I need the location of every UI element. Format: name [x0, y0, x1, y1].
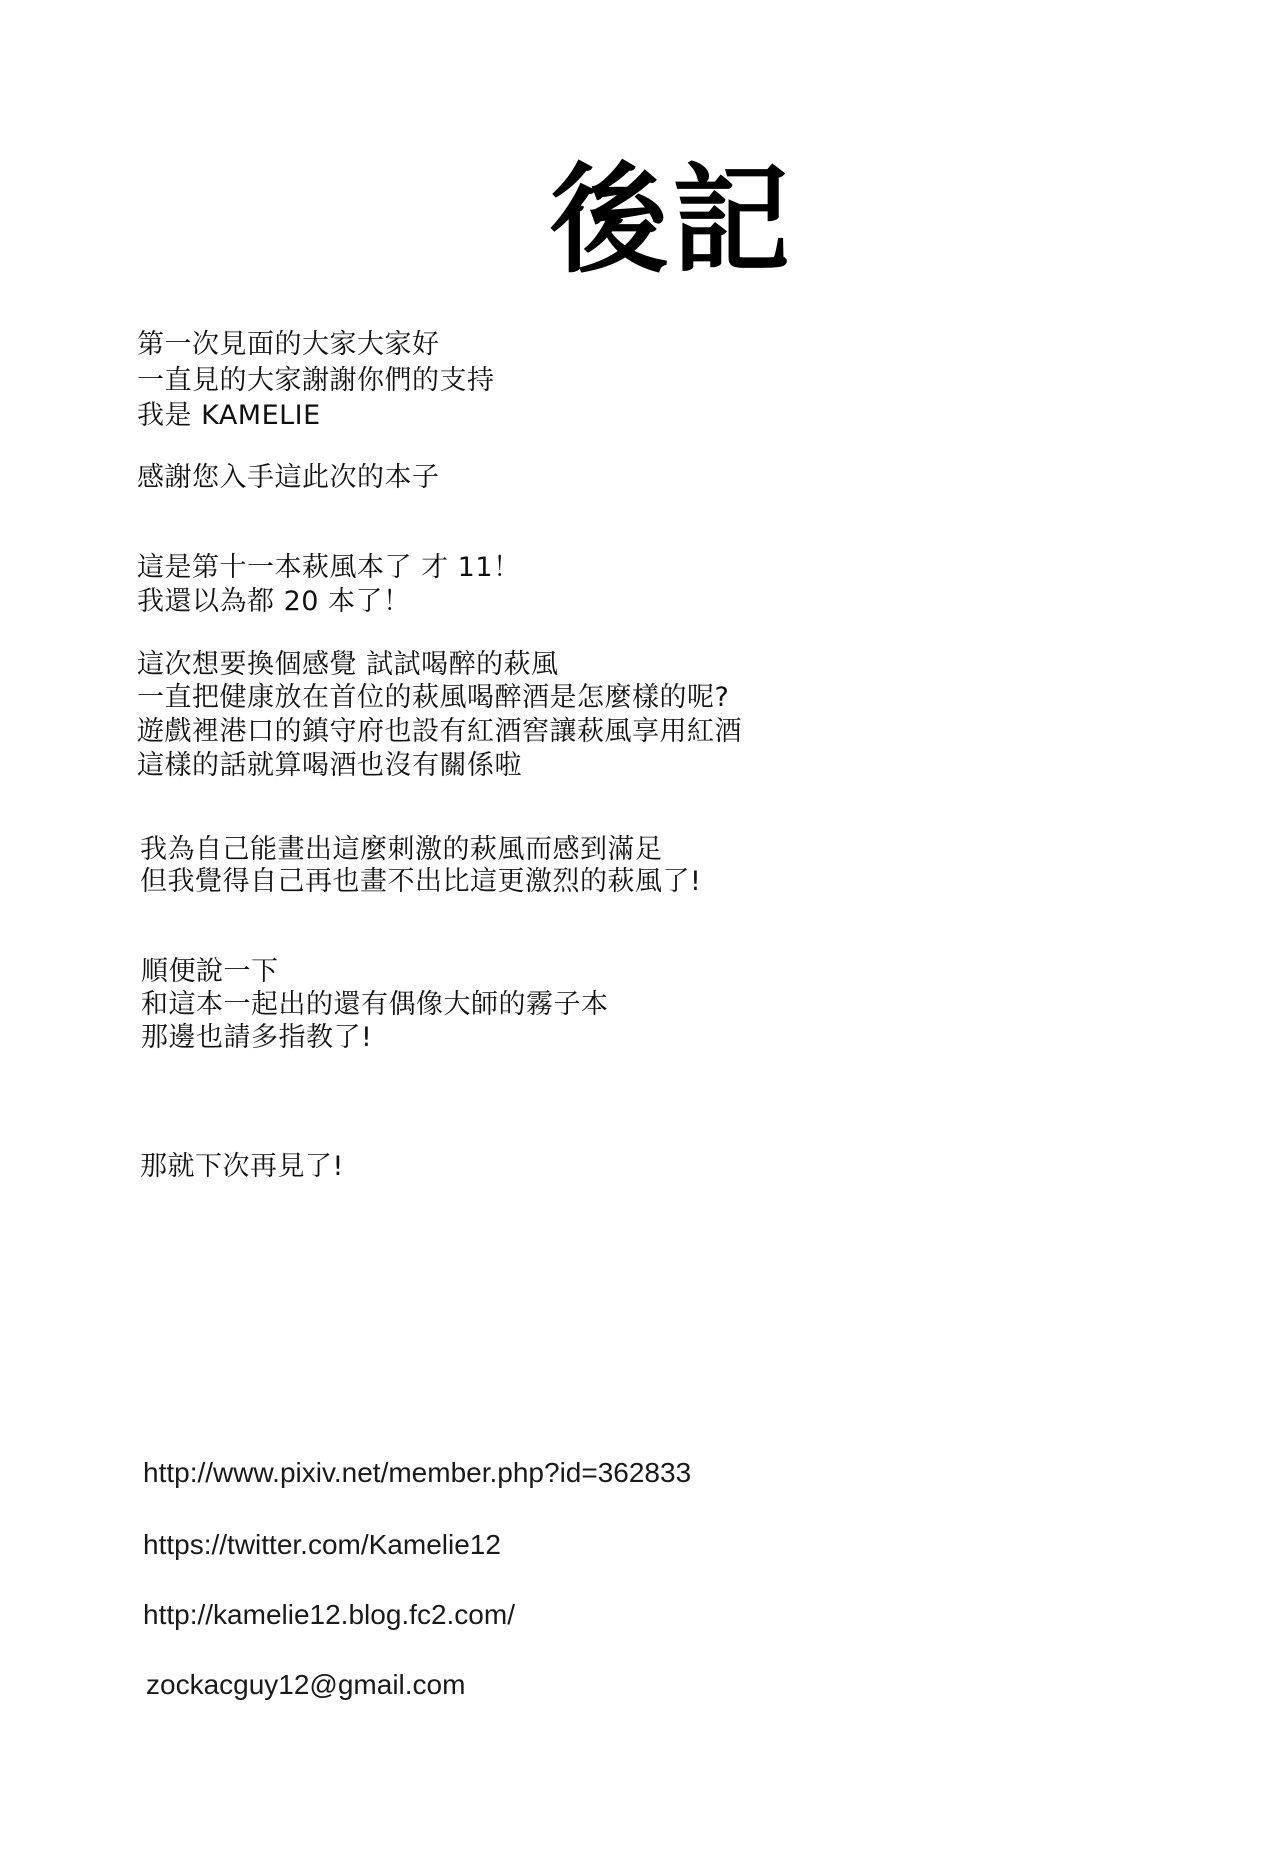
- farewell-line: 那就下次再見了!: [140, 1150, 344, 1184]
- page-title: 後記: [0, 150, 1280, 290]
- announcement-line-2: 和這本一起出的還有偶像大師的霧子本: [141, 988, 609, 1022]
- email-link[interactable]: zockacguy12@gmail.com: [146, 1668, 465, 1702]
- greeting-line-1: 第一次見面的大家大家好: [137, 328, 440, 362]
- satisfaction-line-2: 但我覺得自己再也畫不出比這更激烈的萩風了!: [140, 865, 701, 899]
- theme-line-3: 遊戲裡港口的鎮守府也設有紅酒窖讓萩風享用紅酒: [137, 715, 742, 749]
- thanks-line: 感謝您入手這此次的本子: [137, 461, 440, 495]
- announcement-line-1: 順便說一下: [141, 955, 279, 989]
- blog-link[interactable]: http://kamelie12.blog.fc2.com/: [143, 1598, 515, 1632]
- count-line-1: 這是第十一本萩風本了 才 11！: [137, 551, 521, 585]
- theme-line-2: 一直把健康放在首位的萩風喝醉酒是怎麼樣的呢?: [137, 681, 729, 715]
- afterword-page: 後記 第一次見面的大家大家好 一直見的大家謝謝你們的支持 我是 KAMELIE …: [0, 0, 1280, 1865]
- theme-line-1: 這次想要換個感覺 試試喝醉的萩風: [137, 648, 559, 682]
- pixiv-link[interactable]: http://www.pixiv.net/member.php?id=36283…: [143, 1456, 691, 1490]
- announcement-line-3: 那邊也請多指教了!: [141, 1021, 372, 1055]
- greeting-line-2: 一直見的大家謝謝你們的支持: [137, 364, 495, 398]
- count-line-2: 我還以為都 20 本了！: [137, 585, 411, 619]
- theme-line-4: 這樣的話就算喝酒也沒有關係啦: [137, 749, 522, 783]
- greeting-line-3: 我是 KAMELIE: [137, 399, 321, 433]
- twitter-link[interactable]: https://twitter.com/Kamelie12: [143, 1528, 501, 1562]
- satisfaction-line-1: 我為自己能畫出這麼刺激的萩風而感到滿足: [140, 833, 663, 867]
